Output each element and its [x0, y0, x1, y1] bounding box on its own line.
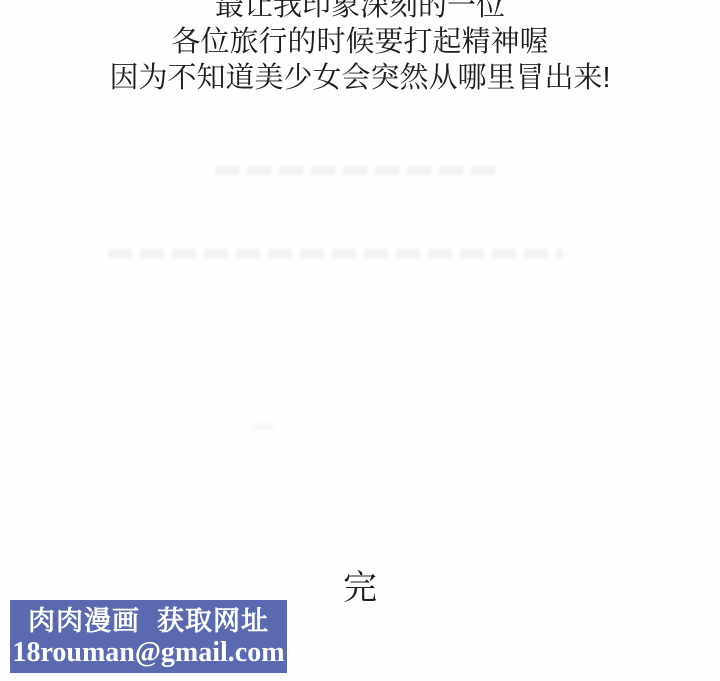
watermark-badge: 肉肉漫画 获取网址 18rouman@gmail.com — [10, 600, 287, 673]
caption-block: 最让我印象深刻的一位 各位旅行的时候要打起精神喔 因为不知道美少女会突然从哪里冒… — [0, 0, 720, 96]
faded-text-line — [108, 249, 563, 258]
caption-line-3: 因为不知道美少女会突然从哪里冒出来! — [0, 60, 720, 96]
faint-smudge — [252, 424, 274, 430]
caption-line-2: 各位旅行的时候要打起精神喔 — [0, 24, 720, 60]
watermark-site-name: 肉肉漫画 获取网址 — [28, 605, 269, 637]
faded-text-line — [215, 166, 495, 175]
comic-end-page: 最让我印象深刻的一位 各位旅行的时候要打起精神喔 因为不知道美少女会突然从哪里冒… — [0, 0, 720, 681]
caption-line-1: 最让我印象深刻的一位 — [0, 0, 720, 24]
watermark-email: 18rouman@gmail.com — [12, 638, 284, 668]
